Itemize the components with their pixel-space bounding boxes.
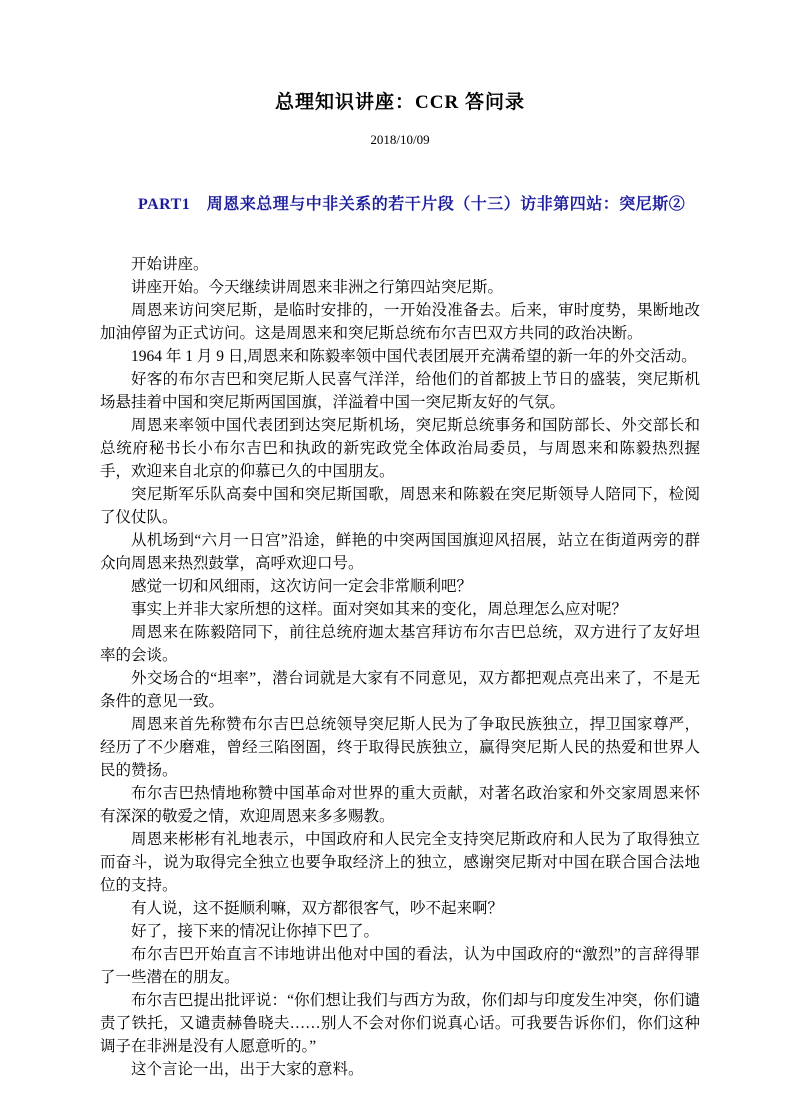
paragraph: 周恩来率领中国代表团到达突尼斯机场，突尼斯总统事务和国防部长、外交部长和总统府秘… [100,414,700,483]
paragraph: 好了，接下来的情况让你掉下巴了。 [100,920,700,943]
paragraph: 感觉一切和风细雨，这次访问一定会非常顺利吧？ [100,575,700,598]
paragraph: 周恩来在陈毅陪同下，前往总统府迦太基宫拜访布尔吉巴总统，双方进行了友好坦率的会谈… [100,621,700,667]
paragraph: 好客的布尔吉巴和突尼斯人民喜气洋洋，给他们的首都披上节日的盛装，突尼斯机场悬挂着… [100,368,700,414]
paragraph: 布尔吉巴提出批评说：“你们想让我们与西方为敌，你们却与印度发生冲突，你们谴责了铁… [100,989,700,1058]
document-date: 2018/10/09 [100,132,700,148]
section-heading: PART1 周恩来总理与中非关系的若干片段（十三）访非第四站：突尼斯② [100,194,700,215]
document-body: 开始讲座。讲座开始。今天继续讲周恩来非洲之行第四站突尼斯。周恩来访问突尼斯，是临… [100,253,700,1081]
paragraph: 周恩来访问突尼斯，是临时安排的，一开始没准备去。后来，审时度势，果断地改加油停留… [100,299,700,345]
paragraph: 这个言论一出，出于大家的意料。 [100,1058,700,1081]
paragraph: 布尔吉巴开始直言不讳地讲出他对中国的看法，认为中国政府的“激烈”的言辞得罪了一些… [100,943,700,989]
paragraph: 开始讲座。 [100,253,700,276]
paragraph: 从机场到“六月一日宫”沿途，鲜艳的中突两国国旗迎风招展，站立在街道两旁的群众向周… [100,529,700,575]
paragraph: 周恩来彬彬有礼地表示，中国政府和人民完全支持突尼斯政府和人民为了取得独立而奋斗，… [100,828,700,897]
paragraph: 有人说，这不挺顺利嘛，双方都很客气，吵不起来啊？ [100,897,700,920]
paragraph: 1964 年 1 月 9 日,周恩来和陈毅率领中国代表团展开充满希望的新一年的外… [100,345,700,368]
document-page: 总理知识讲座：CCR 答问录 2018/10/09 PART1 周恩来总理与中非… [0,0,800,1100]
paragraph: 事实上并非大家所想的这样。面对突如其来的变化，周总理怎么应对呢？ [100,598,700,621]
paragraph: 布尔吉巴热情地称赞中国革命对世界的重大贡献，对著名政治家和外交家周恩来怀有深深的… [100,782,700,828]
document-title: 总理知识讲座：CCR 答问录 [100,90,700,116]
paragraph: 讲座开始。今天继续讲周恩来非洲之行第四站突尼斯。 [100,276,700,299]
paragraph: 外交场合的“坦率”，潜台词就是大家有不同意见，双方都把观点亮出来了，不是无条件的… [100,667,700,713]
paragraph: 突尼斯军乐队高奏中国和突尼斯国歌，周恩来和陈毅在突尼斯领导人陪同下，检阅了仪仗队… [100,483,700,529]
paragraph: 周恩来首先称赞布尔吉巴总统领导突尼斯人民为了争取民族独立，捍卫国家尊严，经历了不… [100,713,700,782]
